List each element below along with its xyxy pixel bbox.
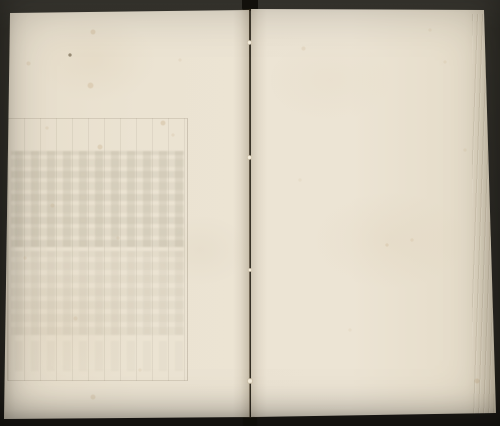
ghost-text-block [7, 118, 188, 381]
fore-edge-page-layers [472, 14, 494, 414]
ghost-text-smudge [11, 251, 184, 335]
book-fold-line [249, 9, 250, 417]
ghost-text-smudge [11, 341, 184, 371]
scan-background [0, 0, 500, 426]
ghost-text-smudge [11, 151, 184, 247]
